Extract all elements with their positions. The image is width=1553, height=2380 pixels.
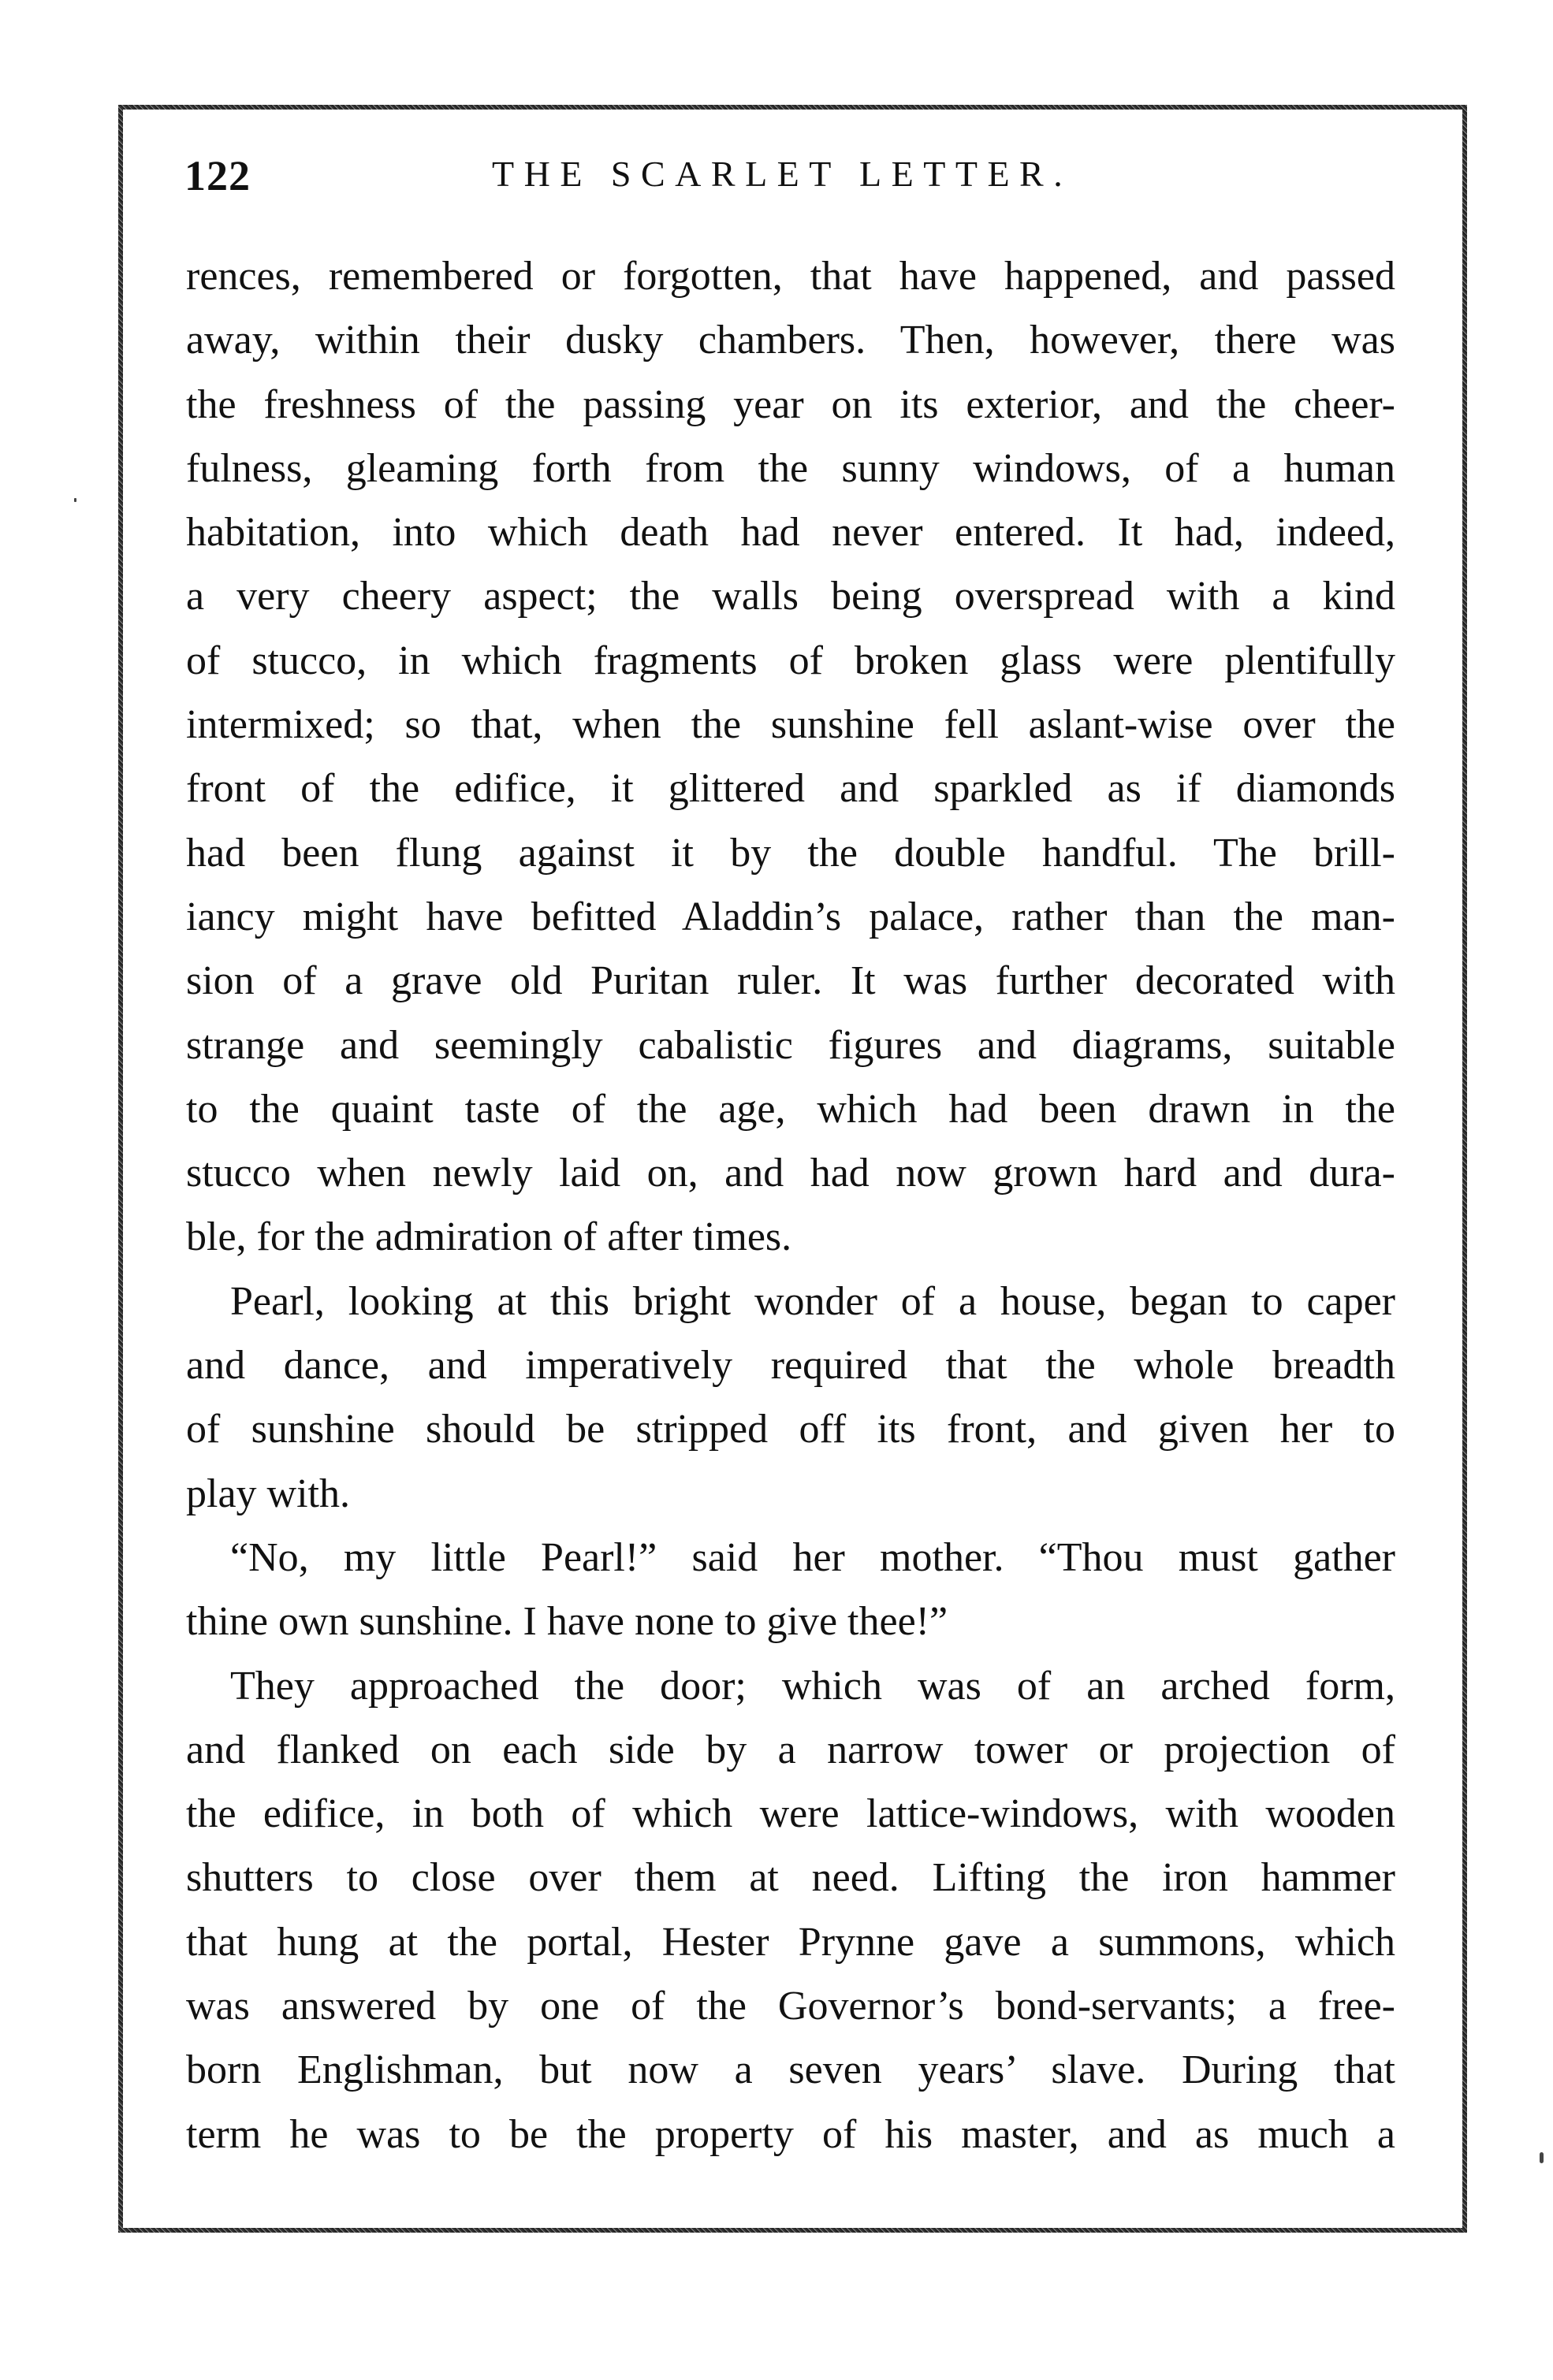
text-line: fulness, gleaming forth from the sunny w… (186, 437, 1395, 500)
text-line: play with. (186, 1462, 1395, 1526)
text-line: of sunshine should be stripped off its f… (186, 1397, 1395, 1461)
text-line: ble, for the admiration of after times. (186, 1205, 1395, 1269)
running-title: THE SCARLET LETTER. (492, 156, 1072, 192)
text-line: stucco when newly laid on, and had now g… (186, 1141, 1395, 1205)
text-line: had been flung against it by the double … (186, 821, 1395, 885)
text-line: Pearl, looking at this bright wonder of … (186, 1270, 1395, 1333)
text-line: thine own sunshine. I have none to give … (186, 1590, 1395, 1653)
text-line: away, within their dusky chambers. Then,… (186, 308, 1395, 372)
text-line: intermixed; so that, when the sunshine f… (186, 693, 1395, 757)
text-line: iancy might have befitted Aladdin’s pala… (186, 885, 1395, 949)
text-line: the freshness of the passing year on its… (186, 373, 1395, 437)
text-line: that hung at the portal, Hester Prynne g… (186, 1910, 1395, 1974)
text-line: born Englishman, but now a seven years’ … (186, 2038, 1395, 2102)
text-line: the edifice, in both of which were latti… (186, 1782, 1395, 1846)
text-line: to the quaint taste of the age, which ha… (186, 1077, 1395, 1141)
text-line: term he was to be the property of his ma… (186, 2103, 1395, 2166)
scan-speck-mark (1540, 2152, 1544, 2163)
text-line: rences, remembered or forgotten, that ha… (186, 244, 1395, 308)
text-line: strange and seemingly cabalistic figures… (186, 1013, 1395, 1077)
text-line: a very cheery aspect; the walls being ov… (186, 564, 1395, 628)
text-line: shutters to close over them at need. Lif… (186, 1846, 1395, 1910)
text-line: “No, my little Pearl!” said her mother. … (186, 1526, 1395, 1590)
text-line: sion of a grave old Puritan ruler. It wa… (186, 949, 1395, 1013)
text-line: They approached the door; which was of a… (186, 1654, 1395, 1718)
text-line: and dance, and imperatively required tha… (186, 1333, 1395, 1397)
text-line: of stucco, in which fragments of broken … (186, 629, 1395, 693)
body-text: rences, remembered or forgotten, that ha… (186, 244, 1395, 2166)
text-line: habitation, into which death had never e… (186, 500, 1395, 564)
scan-speck-mark (74, 498, 76, 502)
text-line: front of the edifice, it glittered and s… (186, 757, 1395, 820)
page-number: 122 (184, 154, 251, 197)
text-line: was answered by one of the Governor’s bo… (186, 1974, 1395, 2038)
text-line: and flanked on each side by a narrow tow… (186, 1718, 1395, 1782)
